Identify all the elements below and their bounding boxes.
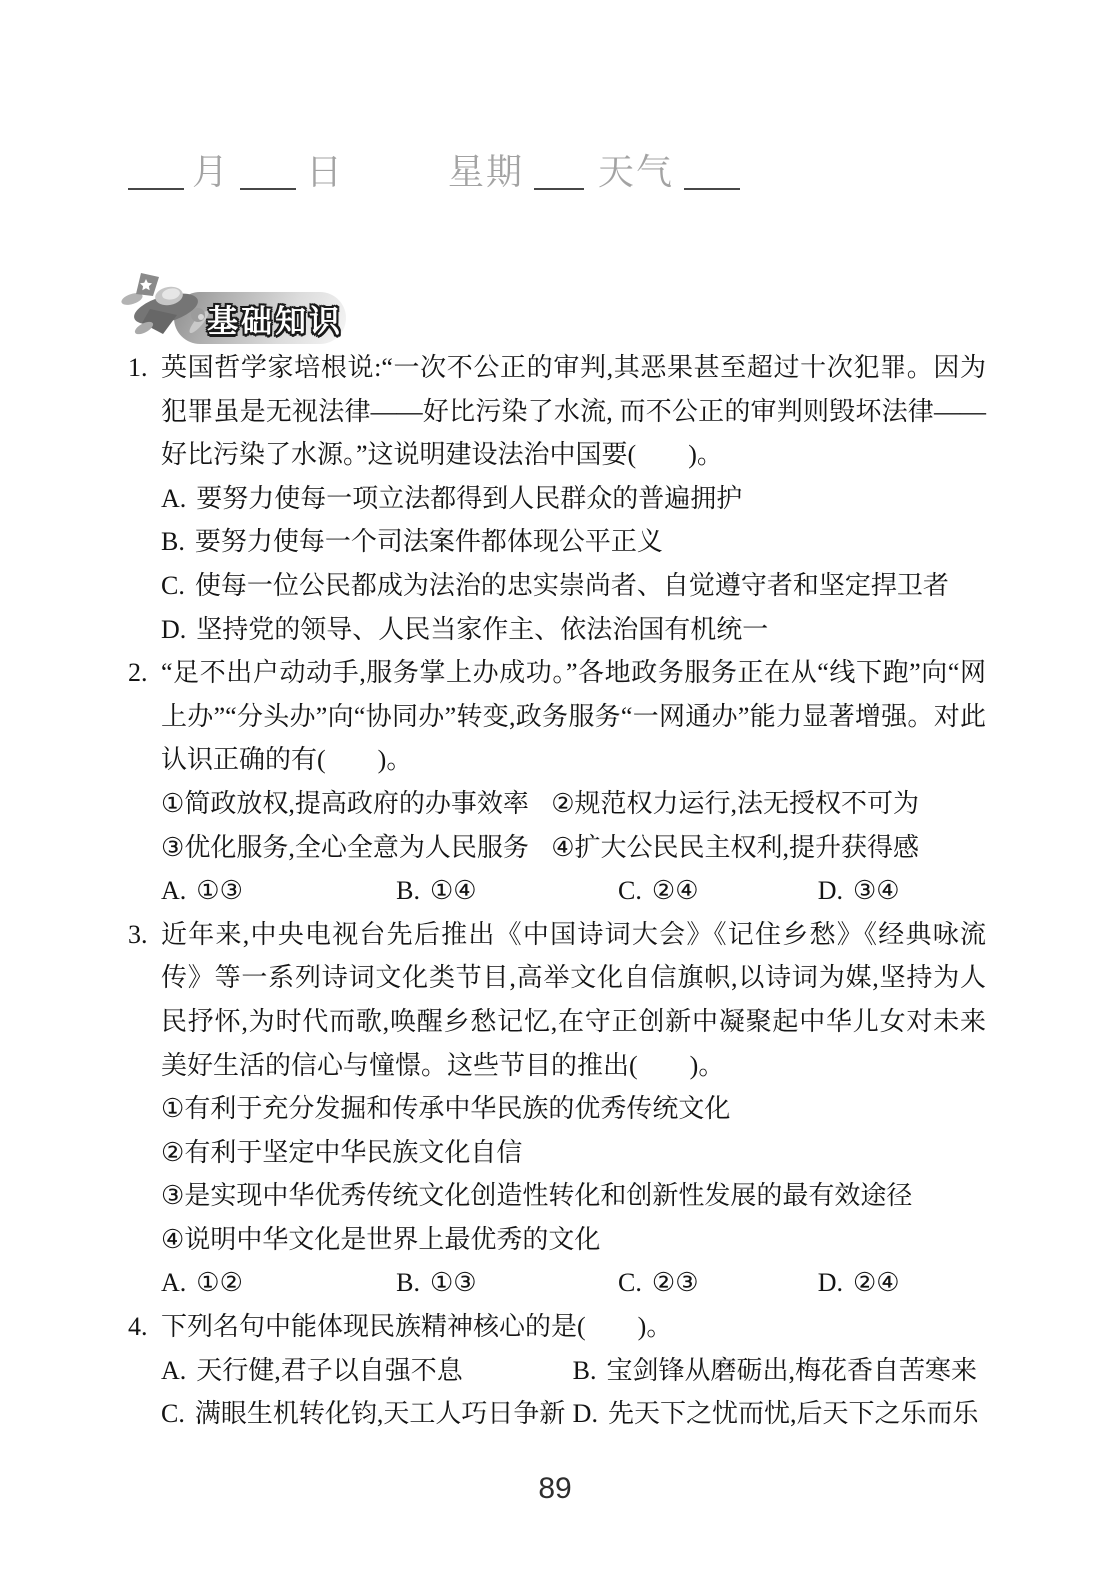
section-badge: 基础知识 <box>126 266 426 358</box>
subitem-label: ② <box>551 782 574 826</box>
option-label: D. <box>573 1392 598 1436</box>
day-blank-underline <box>240 156 296 190</box>
option-label: A. <box>161 1349 186 1393</box>
option-label: D. <box>161 608 186 652</box>
answer-a: A. ①② <box>161 1261 396 1305</box>
weather-label: 天气 <box>598 154 674 190</box>
page-number: 89 <box>0 1472 1110 1506</box>
subitem-3: ③ 优化服务,全心全意为人民服务 <box>161 826 551 870</box>
week-label: 星期 <box>448 154 524 190</box>
question-1-option-c: C. 使每一位公民都成为法治的忠实崇尚者、自觉遵守者和坚定捍卫者 <box>161 564 986 608</box>
subitem-label: ② <box>161 1131 184 1175</box>
answer-a: A. ①③ <box>161 869 396 913</box>
question-4-options-row1: A. 天行健,君子以自强不息 B. 宝剑锋从磨砺出,梅花香自苦寒来 <box>161 1349 986 1393</box>
question-2-answers-row: A. ①③ B. ①④ C. ②④ D. ③④ <box>161 869 986 913</box>
option-text: 坚持党的领导、人民当家作主、依法治国有机统一 <box>196 608 768 652</box>
question-2-subitems-row1: ① 简政放权,提高政府的办事效率 ② 规范权力运行,法无授权不可为 <box>161 782 986 826</box>
date-line: 月 日 星期 天气 <box>128 154 740 190</box>
option-text: 先天下之忧而忧,后天下之乐而乐 <box>608 1392 979 1436</box>
answer-d: D. ②④ <box>818 1261 986 1305</box>
section-badge-label: 基础知识 <box>207 296 343 341</box>
question-3-subitem-1: ① 有利于充分发掘和传承中华民族的优秀传统文化 <box>161 1087 986 1131</box>
subitem-text: 说明中华文化是世界上最优秀的文化 <box>184 1218 600 1262</box>
answer-value: ①④ <box>430 869 477 913</box>
question-4: 4. 下列名句中能体现民族精神核心的是( )。 A. 天行健,君子以自强不息 B… <box>128 1305 986 1436</box>
question-2-number: 2. <box>128 651 161 913</box>
question-3-text: 近年来,中央电视台先后推出《中国诗词大会》《记住乡愁》《经典咏流传》等一系列诗词… <box>161 913 986 1087</box>
airplane-icon <box>120 268 214 348</box>
answer-label: A. <box>161 869 186 913</box>
option-c: C. 满眼生机转化钧,天工人巧日争新 <box>161 1392 573 1436</box>
answer-value: ③④ <box>853 869 900 913</box>
weather-blank-underline <box>684 156 740 190</box>
question-1-number: 1. <box>128 346 161 651</box>
answer-value: ②③ <box>652 1261 699 1305</box>
option-label: B. <box>573 1349 597 1393</box>
question-4-options-row2: C. 满眼生机转化钧,天工人巧日争新 D. 先天下之忧而忧,后天下之乐而乐 <box>161 1392 986 1436</box>
question-1-option-b: B. 要努力使每一个司法案件都体现公平正义 <box>161 520 986 564</box>
question-4-number: 4. <box>128 1305 161 1436</box>
option-text: 满眼生机转化钧,天工人巧日争新 <box>195 1392 566 1436</box>
answer-value: ①③ <box>196 869 243 913</box>
question-list: 1. 英国哲学家培根说:“一次不公正的审判,其恶果甚至超过十次犯罪。因为犯罪虽是… <box>128 346 986 1436</box>
question-4-text: 下列名句中能体现民族精神核心的是( )。 <box>161 1305 986 1349</box>
option-text: 要努力使每一项立法都得到人民群众的普遍拥护 <box>196 477 742 521</box>
question-2: 2. “足不出户动动手,服务掌上办成功。”各地政务服务正在从“线下跑”向“网上办… <box>128 651 986 913</box>
answer-label: B. <box>396 869 420 913</box>
option-label: A. <box>161 477 186 521</box>
answer-d: D. ③④ <box>818 869 986 913</box>
question-3-subitem-3: ③ 是实现中华优秀传统文化创造性转化和创新性发展的最有效途径 <box>161 1174 986 1218</box>
subitem-text: 规范权力运行,法无授权不可为 <box>575 782 920 826</box>
question-1-text: 英国哲学家培根说:“一次不公正的审判,其恶果甚至超过十次犯罪。因为犯罪虽是无视法… <box>161 346 986 477</box>
answer-value: ②④ <box>652 869 699 913</box>
question-3-answers-row: A. ①② B. ①③ C. ②③ D. ②④ <box>161 1261 986 1305</box>
subitem-text: 扩大公民民主权利,提升获得感 <box>575 826 920 870</box>
answer-label: A. <box>161 1261 186 1305</box>
option-label: C. <box>161 1392 185 1436</box>
question-3-number: 3. <box>128 913 161 1305</box>
subitem-label: ③ <box>161 826 184 870</box>
subitem-label: ③ <box>161 1174 184 1218</box>
answer-label: D. <box>818 1261 843 1305</box>
question-1: 1. 英国哲学家培根说:“一次不公正的审判,其恶果甚至超过十次犯罪。因为犯罪虽是… <box>128 346 986 651</box>
answer-label: D. <box>818 869 843 913</box>
answer-value: ②④ <box>853 1261 900 1305</box>
question-1-option-d: D. 坚持党的领导、人民当家作主、依法治国有机统一 <box>161 608 986 652</box>
option-a: A. 天行健,君子以自强不息 <box>161 1349 573 1393</box>
option-label: B. <box>161 520 185 564</box>
question-1-option-a: A. 要努力使每一项立法都得到人民群众的普遍拥护 <box>161 477 986 521</box>
subitem-text: 是实现中华优秀传统文化创造性转化和创新性发展的最有效途径 <box>184 1174 912 1218</box>
subitem-1: ① 简政放权,提高政府的办事效率 <box>161 782 551 826</box>
subitem-text: 简政放权,提高政府的办事效率 <box>184 782 529 826</box>
subitem-2: ② 规范权力运行,法无授权不可为 <box>551 782 986 826</box>
option-text: 宝剑锋从磨砺出,梅花香自苦寒来 <box>607 1349 978 1393</box>
subitem-label: ④ <box>161 1218 184 1262</box>
option-text: 天行健,君子以自强不息 <box>196 1349 463 1393</box>
subitem-4: ④ 扩大公民民主权利,提升获得感 <box>551 826 986 870</box>
answer-label: C. <box>618 869 642 913</box>
month-label: 月 <box>192 154 230 190</box>
answer-b: B. ①④ <box>396 869 618 913</box>
month-blank-underline <box>128 156 184 190</box>
answer-b: B. ①③ <box>396 1261 618 1305</box>
answer-label: C. <box>618 1261 642 1305</box>
option-b: B. 宝剑锋从磨砺出,梅花香自苦寒来 <box>573 1349 986 1393</box>
subitem-text: 优化服务,全心全意为人民服务 <box>184 826 529 870</box>
question-2-text: “足不出户动动手,服务掌上办成功。”各地政务服务正在从“线下跑”向“网上办”“分… <box>161 651 986 782</box>
answer-label: B. <box>396 1261 420 1305</box>
subitem-text: 有利于坚定中华民族文化自信 <box>184 1131 522 1175</box>
question-3-subitem-4: ④ 说明中华文化是世界上最优秀的文化 <box>161 1218 986 1262</box>
week-blank-underline <box>534 156 584 190</box>
subitem-label: ① <box>161 1087 184 1131</box>
subitem-label: ① <box>161 782 184 826</box>
option-label: C. <box>161 564 185 608</box>
question-3: 3. 近年来,中央电视台先后推出《中国诗词大会》《记住乡愁》《经典咏流传》等一系… <box>128 913 986 1305</box>
option-text: 要努力使每一个司法案件都体现公平正义 <box>195 520 663 564</box>
answer-c: C. ②④ <box>618 869 818 913</box>
answer-c: C. ②③ <box>618 1261 818 1305</box>
subitem-label: ④ <box>551 826 574 870</box>
option-d: D. 先天下之忧而忧,后天下之乐而乐 <box>573 1392 986 1436</box>
question-2-subitems-row2: ③ 优化服务,全心全意为人民服务 ④ 扩大公民民主权利,提升获得感 <box>161 826 986 870</box>
day-label: 日 <box>306 154 344 190</box>
subitem-text: 有利于充分发掘和传承中华民族的优秀传统文化 <box>184 1087 730 1131</box>
question-3-subitem-2: ② 有利于坚定中华民族文化自信 <box>161 1131 986 1175</box>
option-text: 使每一位公民都成为法治的忠实崇尚者、自觉遵守者和坚定捍卫者 <box>195 564 949 608</box>
answer-value: ①② <box>196 1261 243 1305</box>
answer-value: ①③ <box>430 1261 477 1305</box>
